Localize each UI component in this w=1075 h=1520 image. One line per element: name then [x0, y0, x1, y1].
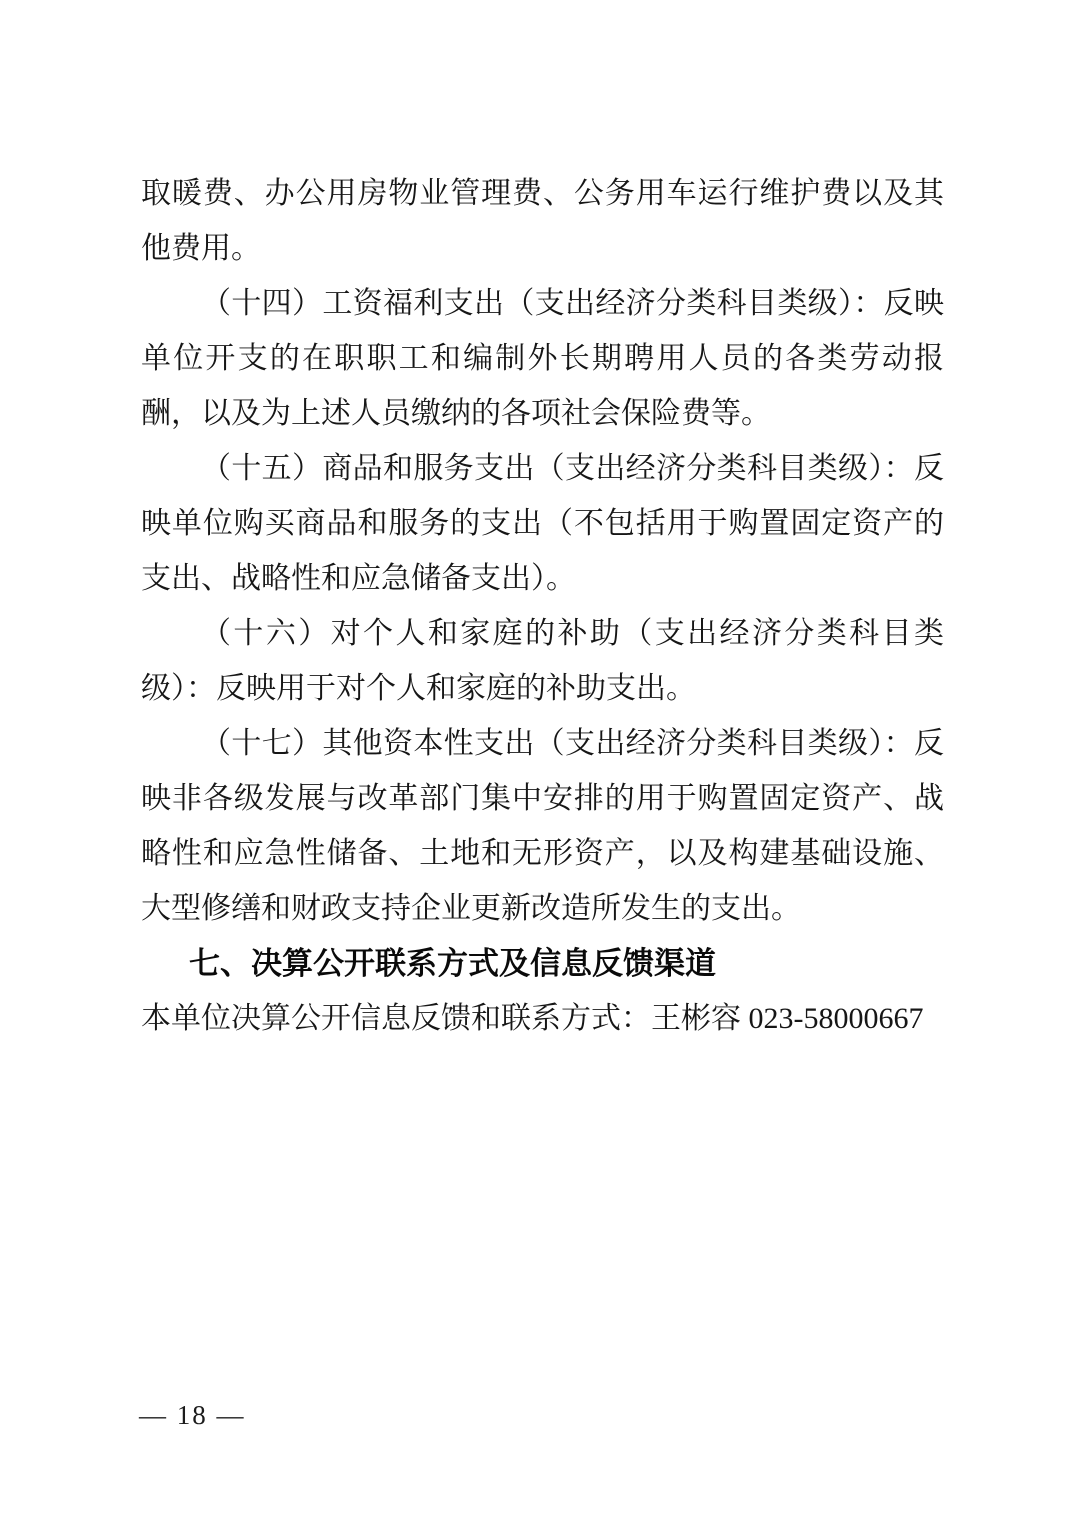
paragraph-item-14-wage-welfare: （十四）工资福利支出（支出经济分类科目类级）：反映单位开支的在职职工和编制外长期…: [141, 276, 944, 441]
paragraph-expense-continuation: 取暖费、办公用房物业管理费、公务用车运行维护费以及其他费用。: [141, 166, 944, 276]
paragraph-item-17-other-capital: （十七）其他资本性支出（支出经济分类科目类级）：反映非各级发展与改革部门集中安排…: [141, 716, 944, 936]
paragraph-item-15-goods-services: （十五）商品和服务支出（支出经济分类科目类级）：反映单位购买商品和服务的支出（不…: [141, 441, 944, 606]
section-heading-contact-feedback: 七、决算公开联系方式及信息反馈渠道: [141, 936, 944, 991]
document-body: 取暖费、办公用房物业管理费、公务用车运行维护费以及其他费用。 （十四）工资福利支…: [141, 166, 944, 1046]
paragraph-item-16-individual-family-subsidy: （十六）对个人和家庭的补助（支出经济分类科目类级）：反映用于对个人和家庭的补助支…: [141, 606, 944, 716]
document-page: 取暖费、办公用房物业管理费、公务用车运行维护费以及其他费用。 （十四）工资福利支…: [0, 0, 1075, 1520]
paragraph-contact-info: 本单位决算公开信息反馈和联系方式：王彬容 023-58000667: [141, 991, 944, 1046]
page-number: — 18 —: [139, 1399, 246, 1431]
